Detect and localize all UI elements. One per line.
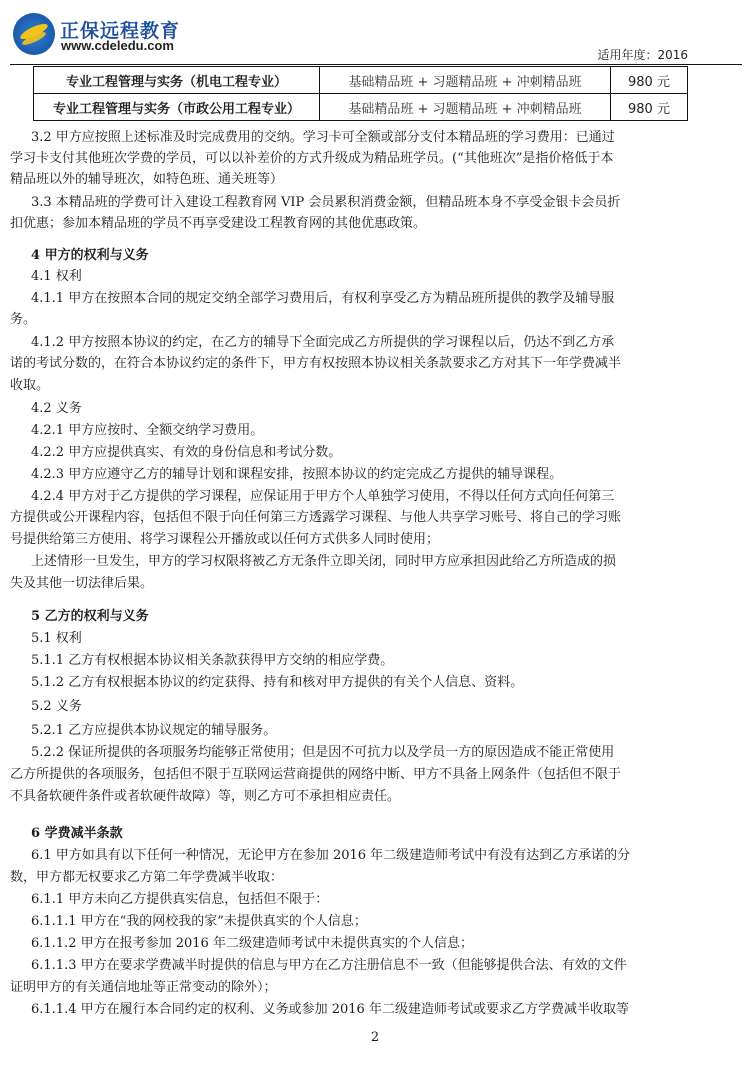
header-divider — [10, 64, 742, 65]
class-package-cell: 基础精品班 + 习题精品班 + 冲刺精品班 — [320, 94, 611, 121]
table-row: 专业工程管理与实务（机电工程专业） 基础精品班 + 习题精品班 + 冲刺精品班 … — [34, 67, 688, 94]
paragraph-line: 乙方所提供的各项服务，包括但不限于互联网运营商提供的网络中断、甲方不具备上网条件… — [10, 765, 690, 785]
paragraph-line: 6.1.1.2 甲方在报考参加 2016 年二级建造师考试中未提供真实的个人信息… — [31, 934, 711, 954]
page-number: 2 — [0, 1030, 750, 1045]
paragraph-line: 4.2.1 甲方应按时、全额交纳学习费用。 — [31, 421, 711, 441]
table-row: 专业工程管理与实务（市政公用工程专业） 基础精品班 + 习题精品班 + 冲刺精品… — [34, 94, 688, 121]
paragraph-line: 5.1.2 乙方有权根据本协议的约定获得、持有和核对甲方提供的有关个人信息、资料… — [31, 673, 711, 693]
fee-table: 专业工程管理与实务（机电工程专业） 基础精品班 + 习题精品班 + 冲刺精品班 … — [33, 66, 688, 121]
paragraph-line: 5.2 义务 — [31, 697, 711, 717]
paragraph-line: 精品班以外的辅导班次，如特色班、通关班等） — [10, 170, 690, 190]
paragraph-line: 务。 — [10, 310, 690, 330]
paragraph-line: 5.1 权利 — [31, 629, 711, 649]
paragraph-line: 6.1.1 甲方未向乙方提供真实信息，包括但不限于： — [31, 890, 711, 910]
paragraph-line: 3.3 本精品班的学费可计入建设工程教育网 VIP 会员累积消费金额，但精品班本… — [31, 193, 711, 213]
paragraph-line: 扣优惠；参加本精品班的学员不再享受建设工程教育网的其他优惠政策。 — [10, 214, 690, 234]
paragraph-line: 4.1 权利 — [31, 267, 711, 287]
paragraph-line: 号提供给第三方使用、将学习课程公开播放或以任何方式供多人同时使用； — [10, 530, 690, 550]
course-name-cell: 专业工程管理与实务（市政公用工程专业） — [34, 94, 320, 121]
course-name-cell: 专业工程管理与实务（机电工程专业） — [34, 67, 320, 94]
section-heading: 5 乙方的权利与义务 — [31, 607, 711, 627]
paragraph-line: 4.2.4 甲方对于乙方提供的学习课程，应保证用于甲方个人单独学习使用，不得以任… — [31, 487, 711, 507]
paragraph-line: 5.1.1 乙方有权根据本协议相关条款获得甲方交纳的相应学费。 — [31, 651, 711, 671]
paragraph-line: 4.2.2 甲方应提供真实、有效的身份信息和考试分数。 — [31, 443, 711, 463]
paragraph-line: 5.2.2 保证所提供的各项服务均能够正常使用；但是因不可抗力以及学员一方的原因… — [31, 743, 711, 763]
paragraph-line: 不具备软硬件条件或者软硬件故障）等，则乙方可不承担相应责任。 — [10, 787, 690, 807]
paragraph-line: 4.2 义务 — [31, 399, 711, 419]
paragraph-line: 4.1.2 甲方按照本协议的约定，在乙方的辅导下全面完成乙方所提供的学习课程以后… — [31, 333, 711, 353]
section-heading: 6 学费减半条款 — [31, 824, 711, 844]
paragraph-line: 6.1.1.4 甲方在履行本合同约定的权利、义务或参加 2016 年二级建造师考… — [31, 1000, 711, 1020]
logo-icon — [13, 13, 55, 55]
price-cell: 980 元 — [611, 67, 688, 94]
price-cell: 980 元 — [611, 94, 688, 121]
paragraph-line: 数，甲方都无权要求乙方第二年学费减半收取： — [10, 868, 690, 888]
section-heading: 4 甲方的权利与义务 — [31, 246, 711, 266]
paragraph-line: 6.1.1.1 甲方在“我的网校我的家”未提供真实的个人信息； — [31, 912, 711, 932]
paragraph-line: 诺的考试分数的，在符合本协议约定的条件下，甲方有权按照本协议相关条款要求乙方对其… — [10, 354, 690, 374]
applicable-year: 适用年度：2016 — [597, 46, 688, 63]
paragraph-line: 4.1.1 甲方在按照本合同的规定交纳全部学习费用后，有权利享受乙方为精品班所提… — [31, 289, 711, 309]
paragraph-line: 4.2.3 甲方应遵守乙方的辅导计划和课程安排，按照本协议的约定完成乙方提供的辅… — [31, 465, 711, 485]
paragraph-line: 6.1 甲方如具有以下任何一种情况，无论甲方在参加 2016 年二级建造师考试中… — [31, 846, 711, 866]
page-header: 正保远程教育 www.cdeledu.com 适用年度：2016 — [0, 0, 750, 66]
paragraph-line: 失及其他一切法律后果。 — [10, 574, 690, 594]
paragraph-line: 证明甲方的有关通信地址等正常变动的除外）； — [10, 978, 690, 998]
paragraph-line: 3.2 甲方应按照上述标准及时完成费用的交纳。学习卡可全额或部分支付本精品班的学… — [31, 128, 711, 148]
logo-url: www.cdeledu.com — [61, 38, 174, 53]
paragraph-line: 方提供或公开课程内容，包括但不限于向任何第三方透露学习课程、与他人共享学习账号、… — [10, 508, 690, 528]
paragraph-line: 学习卡支付其他班次学费的学员，可以以补差价的方式升级成为精品班学员。(“其他班次… — [10, 149, 690, 169]
paragraph-line: 5.2.1 乙方应提供本协议规定的辅导服务。 — [31, 721, 711, 741]
paragraph-line: 上述情形一旦发生，甲方的学习权限将被乙方无条件立即关闭，同时甲方应承担因此给乙方… — [31, 552, 711, 572]
class-package-cell: 基础精品班 + 习题精品班 + 冲刺精品班 — [320, 67, 611, 94]
paragraph-line: 收取。 — [10, 376, 690, 396]
paragraph-line: 6.1.1.3 甲方在要求学费减半时提供的信息与甲方在乙方注册信息不一致（但能够… — [31, 956, 711, 976]
